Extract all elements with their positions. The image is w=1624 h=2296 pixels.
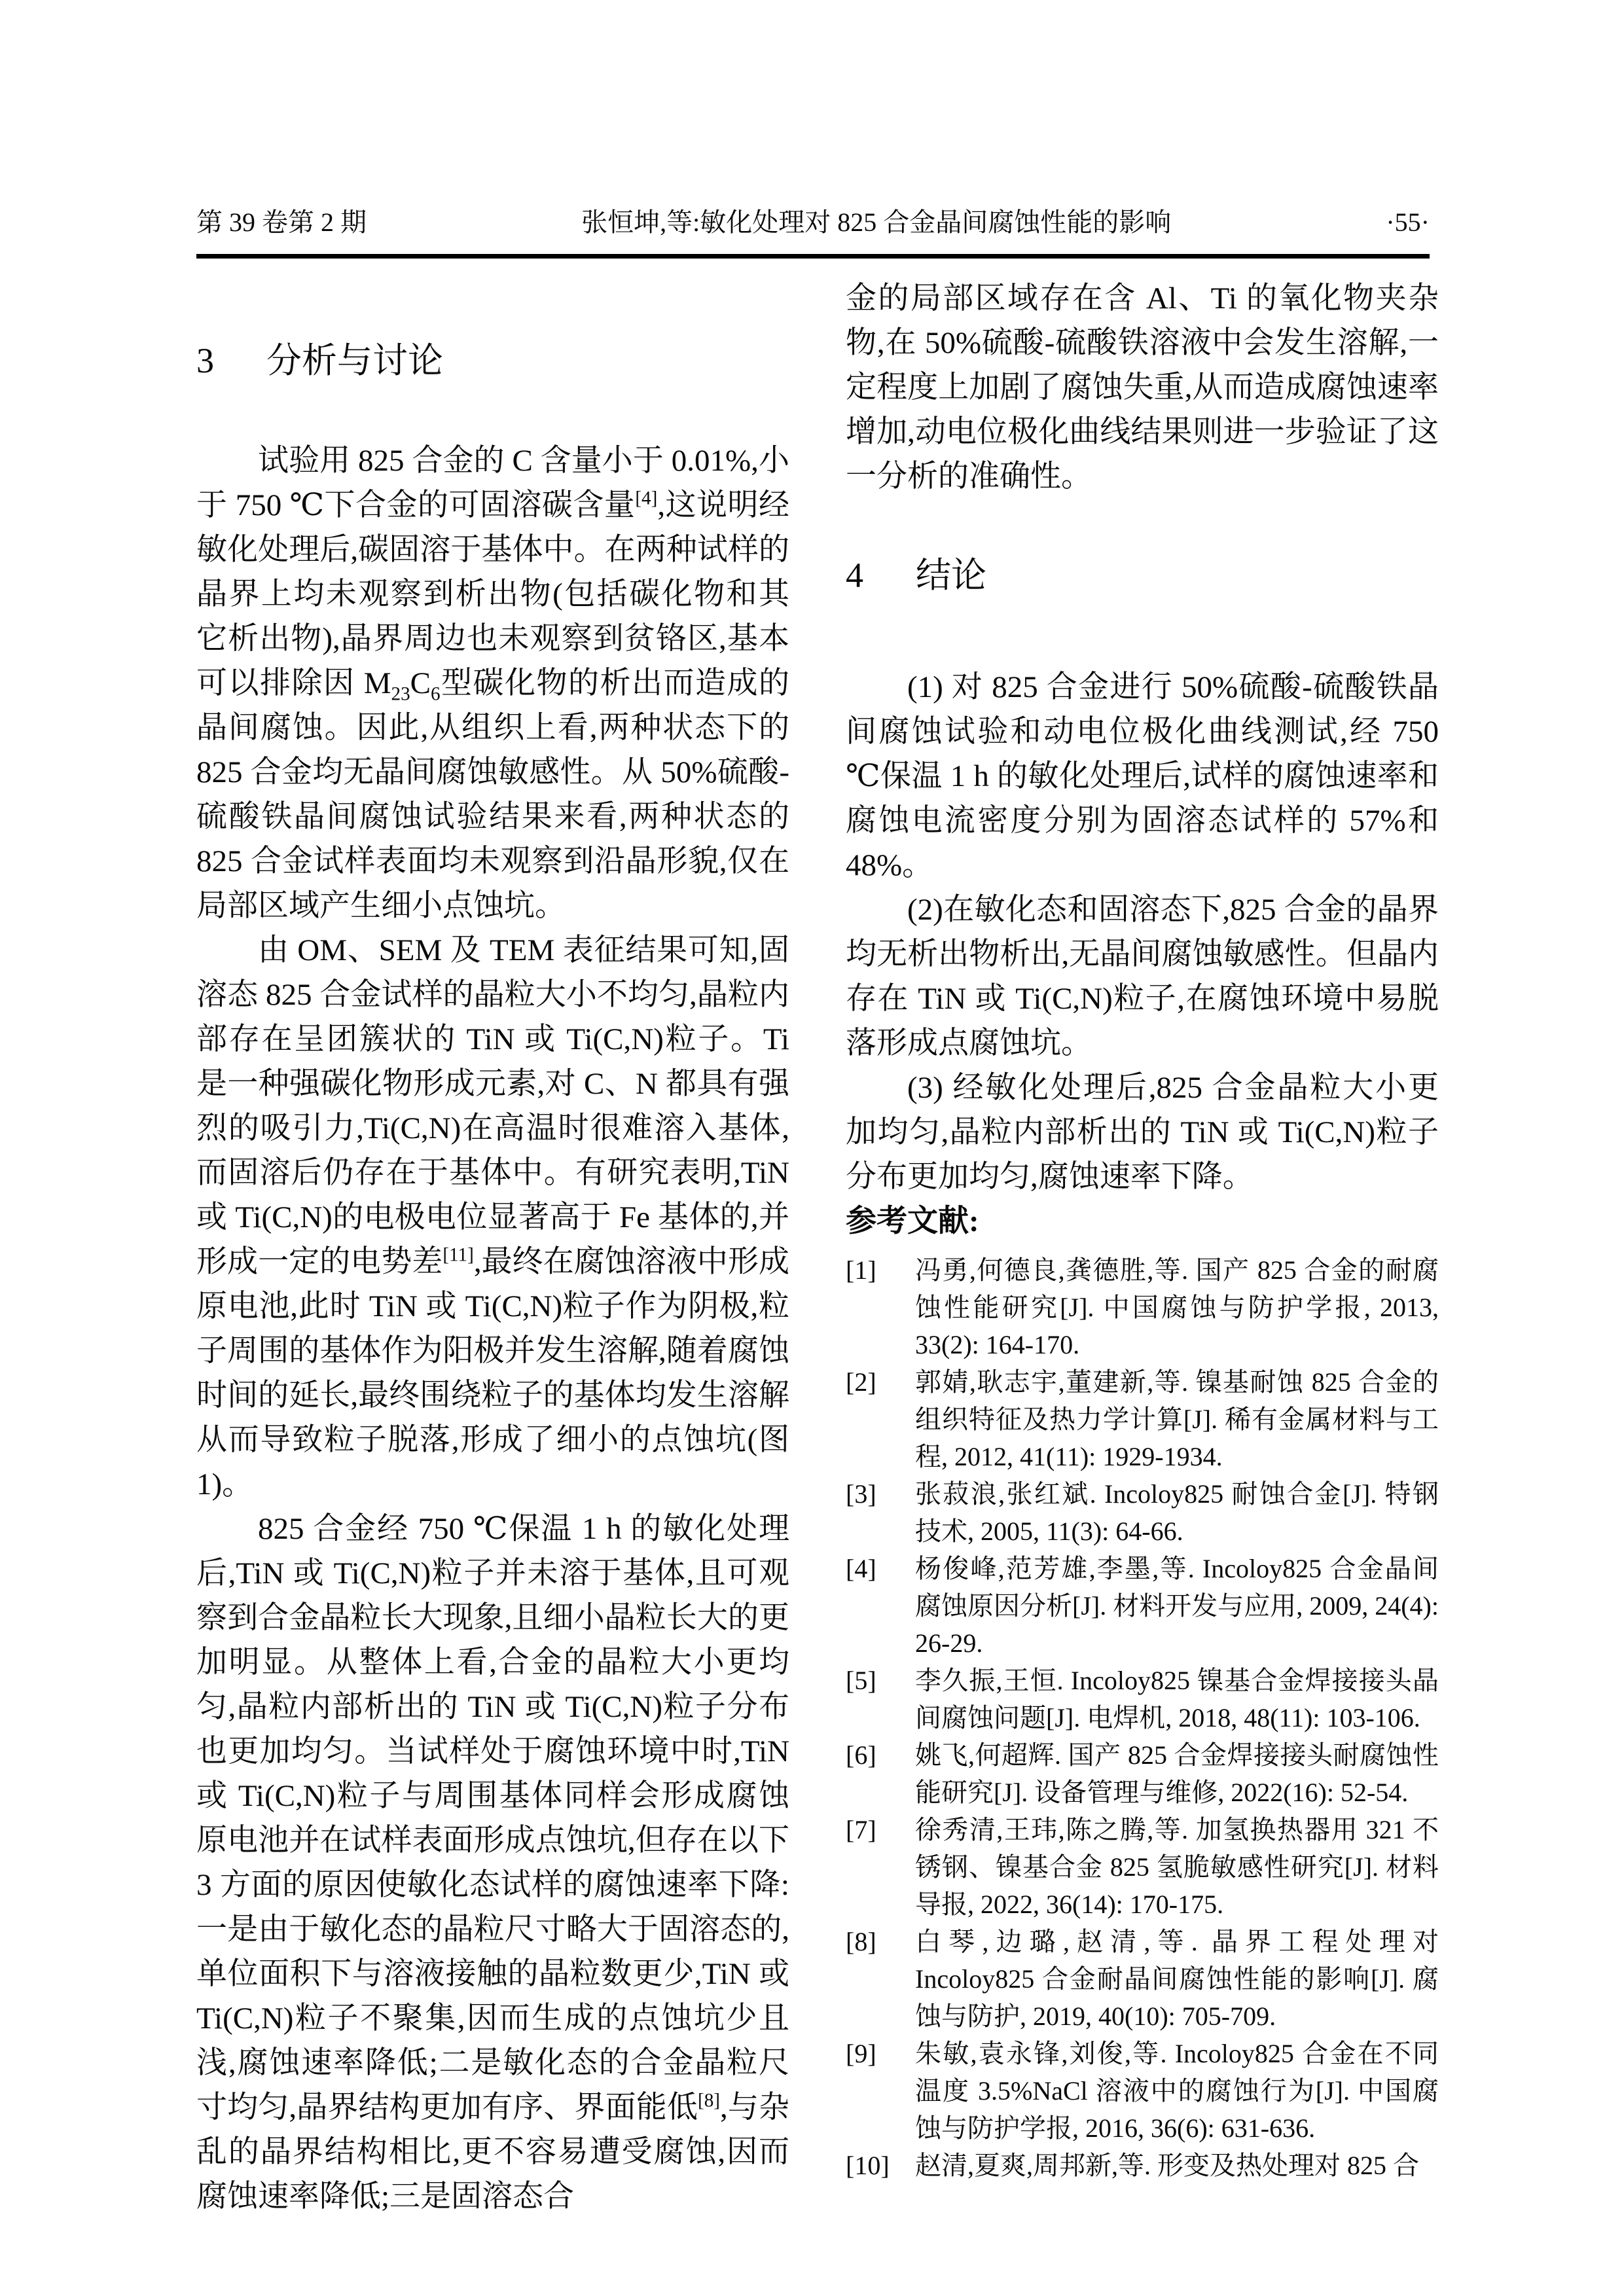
reference-text: 李久振,王恒. Incoloy825 镍基合金焊接接头晶间腐蚀问题[J]. 电焊…	[915, 1662, 1439, 1736]
reference-label: [9]	[846, 2035, 915, 2147]
left-column: 3分析与讨论 试验用 825 合金的 C 含量小于 0.01%,小于 750 ℃…	[196, 262, 789, 2219]
analysis-paragraph-1: 试验用 825 合金的 C 含量小于 0.01%,小于 750 ℃下合金的可固溶…	[196, 439, 789, 928]
reference-text: 张菽浪,张红斌. Incoloy825 耐蚀合金[J]. 特钢技术, 2005,…	[915, 1475, 1439, 1550]
reference-label: [1]	[846, 1251, 915, 1363]
reference-item: [10] 赵清,夏爽,周邦新,等. 形变及热处理对 825 合	[846, 2147, 1439, 2184]
reference-label: [8]	[846, 1923, 915, 2035]
page-header: 第 39 卷第 2 期 张恒坤,等:敏化处理对 825 合金晶间腐蚀性能的影响 …	[196, 207, 1430, 238]
continuation-paragraph: 金的局部区域存在含 Al、Ti 的氧化物夹杂物,在 50%硫酸-硫酸铁溶液中会发…	[846, 276, 1439, 499]
reference-text: 姚飞,何超辉. 国产 825 合金焊接接头耐腐蚀性能研究[J]. 设备管理与维修…	[915, 1736, 1439, 1811]
reference-label: [2]	[846, 1363, 915, 1475]
reference-item: [9] 朱敏,袁永锋,刘俊,等. Incoloy825 合金在不同温度 3.5%…	[846, 2035, 1439, 2147]
section-4-title: 结论	[916, 556, 986, 595]
section-4-heading: 4结论	[846, 556, 1439, 594]
journal-issue: 第 39 卷第 2 期	[196, 207, 367, 238]
references-list: [1] 冯勇,何德良,龚德胜,等. 国产 825 合金的耐腐蚀性能研究[J]. …	[846, 1251, 1439, 2184]
reference-text: 朱敏,袁永锋,刘俊,等. Incoloy825 合金在不同温度 3.5%NaCl…	[915, 2035, 1439, 2147]
reference-label: [10]	[846, 2147, 915, 2184]
reference-item: [2] 郭婧,耿志宇,董建新,等. 镍基耐蚀 825 合金的组织特征及热力学计算…	[846, 1363, 1439, 1475]
reference-item: [3] 张菽浪,张红斌. Incoloy825 耐蚀合金[J]. 特钢技术, 2…	[846, 1475, 1439, 1550]
reference-text: 杨俊峰,范芳雄,李墨,等. Incoloy825 合金晶间腐蚀原因分析[J]. …	[915, 1550, 1439, 1662]
paper-page: 第 39 卷第 2 期 张恒坤,等:敏化处理对 825 合金晶间腐蚀性能的影响 …	[0, 0, 1624, 2296]
conclusion-paragraph-2: (2)在敏化态和固溶态下,825 合金的晶界均无析出物析出,无晶间腐蚀敏感性。但…	[846, 888, 1439, 1066]
analysis-paragraph-2: 由 OM、SEM 及 TEM 表征结果可知,固溶态 825 合金试样的晶粒大小不…	[196, 928, 789, 1507]
reference-text: 白琴,边璐,赵清,等. 晶界工程处理对 Incoloy825 合金耐晶间腐蚀性能…	[915, 1923, 1439, 2035]
running-title: 张恒坤,等:敏化处理对 825 合金晶间腐蚀性能的影响	[367, 207, 1386, 238]
reference-label: [7]	[846, 1811, 915, 1923]
reference-item: [1] 冯勇,何德良,龚德胜,等. 国产 825 合金的耐腐蚀性能研究[J]. …	[846, 1251, 1439, 1363]
section-3-heading: 3分析与讨论	[196, 342, 789, 380]
reference-text: 郭婧,耿志宇,董建新,等. 镍基耐蚀 825 合金的组织特征及热力学计算[J].…	[915, 1363, 1439, 1475]
conclusion-paragraph-1: (1) 对 825 合金进行 50%硫酸-硫酸铁晶间腐蚀试验和动电位极化曲线测试…	[846, 665, 1439, 888]
reference-item: [8] 白琴,边璐,赵清,等. 晶界工程处理对 Incoloy825 合金耐晶间…	[846, 1923, 1439, 2035]
right-column: 金的局部区域存在含 Al、Ti 的氧化物夹杂物,在 50%硫酸-硫酸铁溶液中会发…	[846, 262, 1439, 2184]
header-rule	[196, 254, 1430, 259]
analysis-paragraph-3: 825 合金经 750 ℃保温 1 h 的敏化处理后,TiN 或 Ti(C,N)…	[196, 1507, 789, 2219]
reference-label: [4]	[846, 1550, 915, 1662]
reference-label: [5]	[846, 1662, 915, 1736]
reference-label: [6]	[846, 1736, 915, 1811]
reference-text: 徐秀清,王玮,陈之腾,等. 加氢换热器用 321 不锈钢、镍基合金 825 氢脆…	[915, 1811, 1439, 1923]
conclusion-paragraph-3: (3) 经敏化处理后,825 合金晶粒大小更加均匀,晶粒内部析出的 TiN 或 …	[846, 1066, 1439, 1199]
reference-item: [5] 李久振,王恒. Incoloy825 镍基合金焊接接头晶间腐蚀问题[J]…	[846, 1662, 1439, 1736]
page-number: ·55·	[1386, 207, 1430, 238]
reference-item: [4] 杨俊峰,范芳雄,李墨,等. Incoloy825 合金晶间腐蚀原因分析[…	[846, 1550, 1439, 1662]
section-3-number: 3	[196, 341, 214, 380]
reference-item: [6] 姚飞,何超辉. 国产 825 合金焊接接头耐腐蚀性能研究[J]. 设备管…	[846, 1736, 1439, 1811]
reference-text: 赵清,夏爽,周邦新,等. 形变及热处理对 825 合	[915, 2147, 1439, 2184]
reference-item: [7] 徐秀清,王玮,陈之腾,等. 加氢换热器用 321 不锈钢、镍基合金 82…	[846, 1811, 1439, 1923]
section-4-number: 4	[846, 556, 863, 595]
section-3-title: 分析与讨论	[266, 341, 443, 380]
reference-text: 冯勇,何德良,龚德胜,等. 国产 825 合金的耐腐蚀性能研究[J]. 中国腐蚀…	[915, 1251, 1439, 1363]
references-heading: 参考文献:	[846, 1199, 1439, 1244]
reference-label: [3]	[846, 1475, 915, 1550]
